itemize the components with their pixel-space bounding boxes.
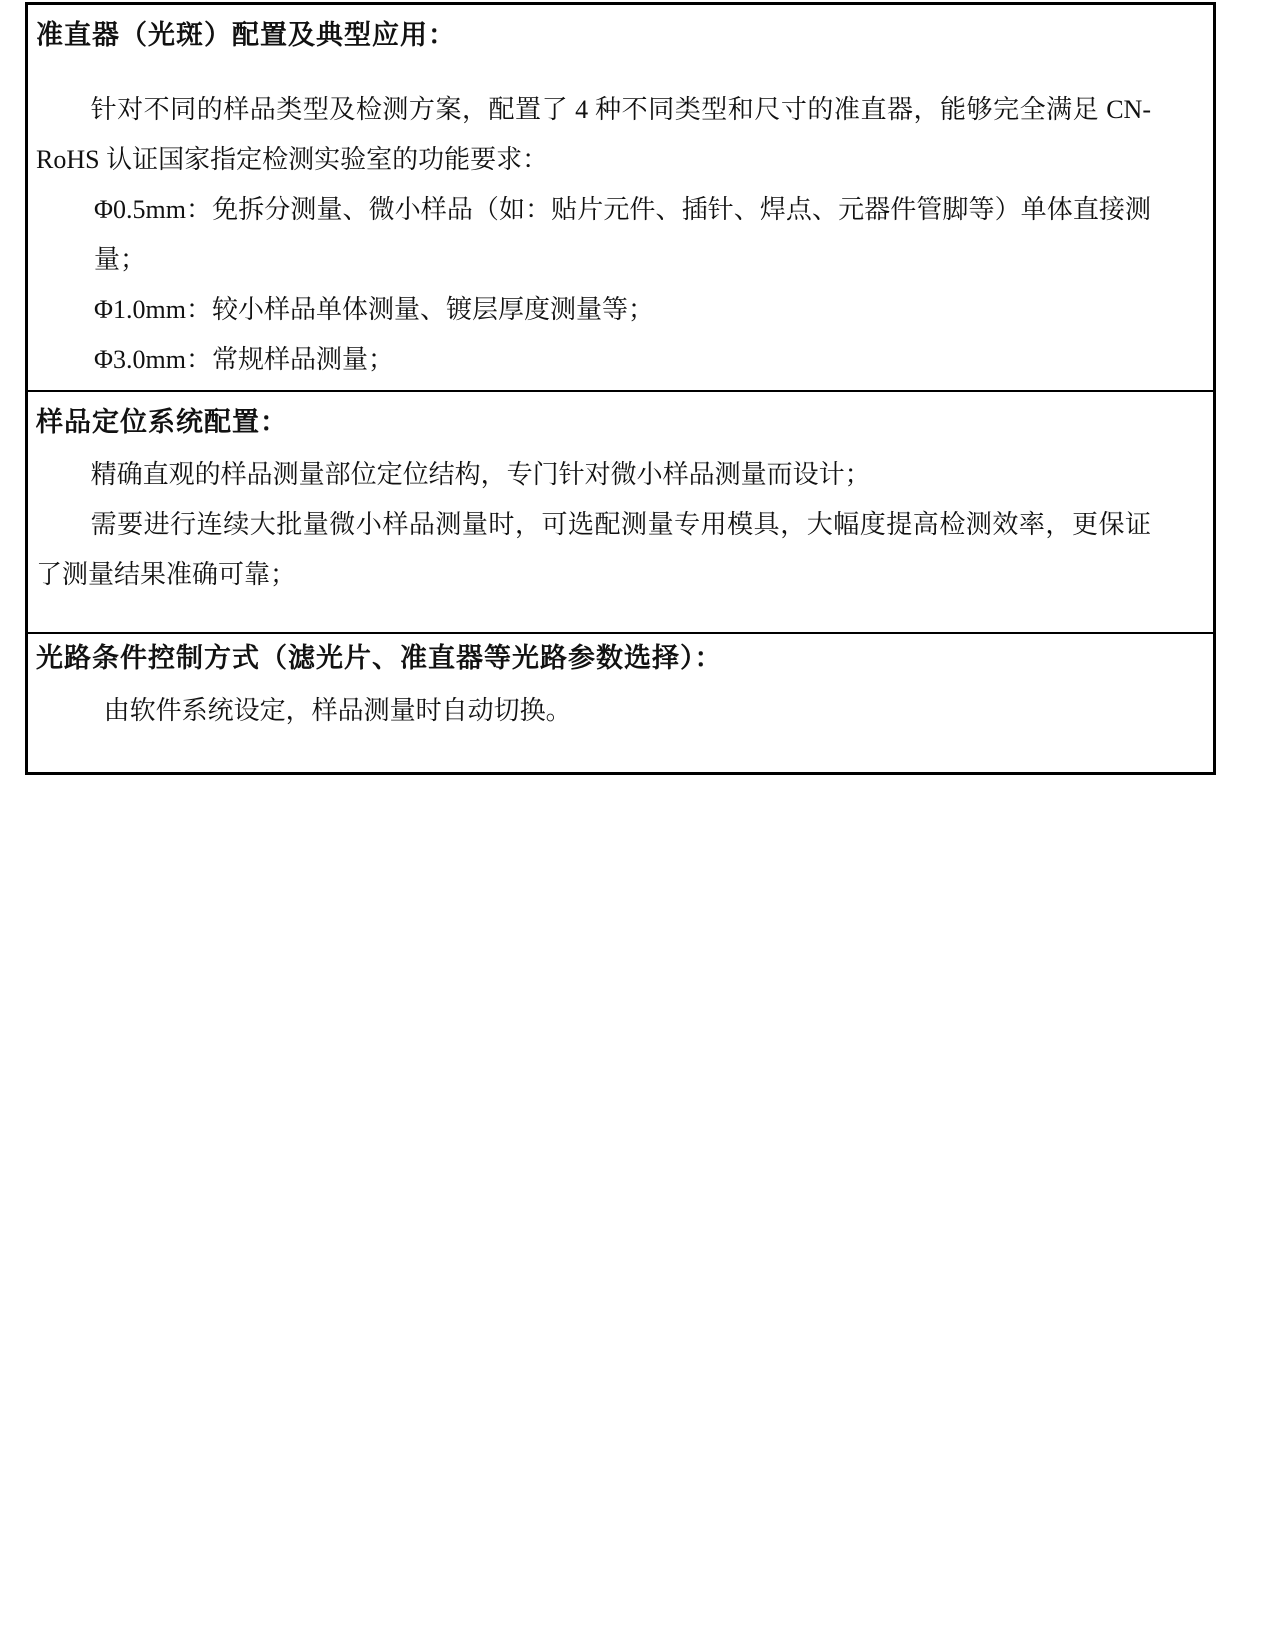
collimator-item: Φ1.0mm：较小样品单体测量、镀层厚度测量等； — [94, 285, 1151, 335]
spec-table: 准直器（光斑）配置及典型应用： 针对不同的样品类型及检测方案，配置了 4 种不同… — [25, 2, 1216, 775]
section-collimator-config: 准直器（光斑）配置及典型应用： 针对不同的样品类型及检测方案，配置了 4 种不同… — [28, 5, 1213, 390]
section-heading: 样品定位系统配置： — [36, 400, 1199, 444]
section-optical-path-control: 光路条件控制方式（滤光片、准直器等光路参数选择）： 由软件系统设定，样品测量时自… — [28, 632, 1213, 772]
section-sample-positioning: 样品定位系统配置： 精确直观的样品测量部位定位结构，专门针对微小样品测量而设计；… — [28, 390, 1213, 632]
section-paragraph: 针对不同的样品类型及检测方案，配置了 4 种不同类型和尺寸的准直器，能够完全满足… — [36, 85, 1199, 185]
collimator-item-list: Φ0.5mm：免拆分测量、微小样品（如：贴片元件、插针、焊点、元器件管脚等）单体… — [36, 185, 1199, 390]
section-heading: 准直器（光斑）配置及典型应用： — [36, 13, 1199, 57]
collimator-item: Φ0.5mm：免拆分测量、微小样品（如：贴片元件、插针、焊点、元器件管脚等）单体… — [94, 185, 1151, 285]
section-paragraph: 由软件系统设定，样品测量时自动切换。 — [36, 686, 1199, 736]
section-paragraph: 精确直观的样品测量部位定位结构，专门针对微小样品测量而设计； — [36, 450, 1199, 500]
section-paragraph: 需要进行连续大批量微小样品测量时，可选配测量专用模具，大幅度提高检测效率，更保证… — [36, 500, 1199, 600]
section-heading: 光路条件控制方式（滤光片、准直器等光路参数选择）： — [36, 636, 1199, 680]
document-page: 准直器（光斑）配置及典型应用： 针对不同的样品类型及检测方案，配置了 4 种不同… — [0, 0, 1282, 1652]
collimator-item: Φ3.0mm：常规样品测量； — [94, 335, 1151, 385]
